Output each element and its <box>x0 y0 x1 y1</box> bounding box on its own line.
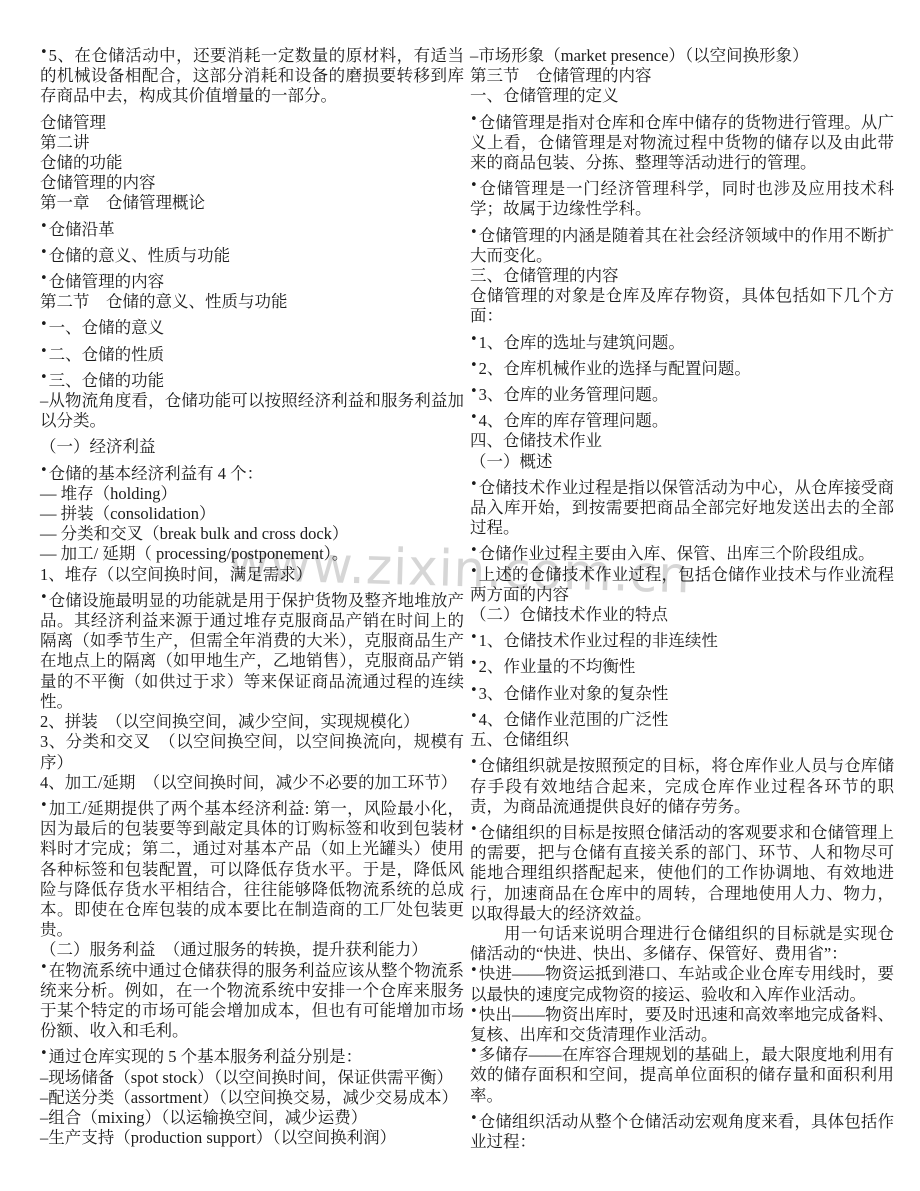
text-line: •通过仓库实现的 5 个基本服务利益分别是： <box>40 1047 464 1067</box>
right-text-column: –市场形象（market presence）（以空间换形象）第三节 仓储管理的内… <box>470 46 894 1152</box>
text-line: 五、仓储组织 <box>470 730 894 750</box>
text-line: •一、仓储的意义 <box>40 318 464 338</box>
document-page: www.zixin.com.cn •5、在仓储活动中，还要消耗一定数量的原材料，… <box>0 0 920 1191</box>
text-line: 仓储管理 <box>40 113 464 133</box>
text-line: 第二讲 <box>40 133 464 153</box>
text-line: •仓储组织的目标是按照仓储活动的客观要求和仓储管理上的需要，把与仓储有直接关系的… <box>470 823 894 924</box>
text-line: 四、仓储技术作业 <box>470 431 894 451</box>
line-text: 仓储技术作业过程是指以保管活动为中心，从仓库接受商品入库开始，到按需要把商品全部… <box>470 478 894 537</box>
text-line: — 拼装（consolidation） <box>40 504 464 524</box>
line-text: 在物流系统中通过仓储获得的服务利益应该从整个物流系统来分析。例如，在一个物流系统… <box>40 961 464 1041</box>
text-line: •仓储管理的内涵是随着其在社会经济领域中的作用不断扩大而变化。 <box>470 226 894 266</box>
line-text: 5、在仓储活动中，还要消耗一定数量的原材料，有适当的机械设备相配合，这部分消耗和… <box>40 46 464 105</box>
text-line: •仓储作业过程主要由入库、保管、出库三个阶段组成。 <box>470 544 894 564</box>
line-text: 仓储设施最明显的功能就是用于保护货物及整齐地堆放产品。其经济利益来源于通过堆存克… <box>40 591 464 711</box>
text-line: •1、仓库的选址与建筑问题。 <box>470 333 894 353</box>
line-text: 仓储的意义、性质与功能 <box>49 246 231 265</box>
text-line: 第二节 仓储的意义、性质与功能 <box>40 292 464 312</box>
text-line: 仓储管理的对象是仓库及库存物资，具体包括如下几个方面： <box>470 286 894 326</box>
text-line: •仓储组织活动从整个仓储活动宏观角度来看，具体包括作业过程： <box>470 1112 894 1152</box>
line-text: 通过仓库实现的 5 个基本服务利益分别是： <box>49 1047 363 1066</box>
text-line: –生产支持（production support）（以空间换利润） <box>40 1128 464 1148</box>
text-line: •2、作业量的不均衡性 <box>470 657 894 677</box>
text-line: •仓储技术作业过程是指以保管活动为中心，从仓库接受商品入库开始，到按需要把商品全… <box>470 478 894 539</box>
text-line: •快进——物资运抵到港口、车站或企业仓库专用线时，要以最快的速度完成物资的接运、… <box>470 964 894 1004</box>
text-line: •多储存——在库容合理规划的基础上，最大限度地利用有效的储存面积和空间，提高单位… <box>470 1045 894 1106</box>
line-text: 仓储管理的内容 <box>49 272 165 291</box>
text-line: （一）概述 <box>470 452 894 472</box>
line-text: 3、仓储作业对象的复杂性 <box>479 684 669 703</box>
text-line: — 分类和交叉（break bulk and cross dock） <box>40 524 464 544</box>
line-text: 二、仓储的性质 <box>49 345 165 364</box>
line-text: 1、仓库的选址与建筑问题。 <box>479 333 685 352</box>
text-line: •仓储设施最明显的功能就是用于保护货物及整齐地堆放产品。其经济利益来源于通过堆存… <box>40 591 464 712</box>
text-line: 2、拼装 （以空间换空间，减少空间，实现规模化） <box>40 712 464 732</box>
text-line: 一、仓储管理的定义 <box>470 86 894 106</box>
text-line: — 堆存（holding） <box>40 484 464 504</box>
text-line: •仓储的意义、性质与功能 <box>40 246 464 266</box>
text-line: 用一句话来说明合理进行仓储组织的目标就是实现仓储活动的“快进、快出、多储存、保管… <box>470 924 894 964</box>
line-text: 仓储组织活动从整个仓储活动宏观角度来看，具体包括作业过程： <box>470 1112 894 1151</box>
text-line: •4、仓库的库存管理问题。 <box>470 411 894 431</box>
text-line: 第三节 仓储管理的内容 <box>470 66 894 86</box>
line-text: 三、仓储的功能 <box>49 371 165 390</box>
line-text: 仓储组织就是按照预定的目标，将仓库作业人员与仓库储存手段有效地结合起来，完成仓库… <box>470 756 894 815</box>
text-line: •二、仓储的性质 <box>40 345 464 365</box>
text-line: •2、仓库机械作业的选择与配置问题。 <box>470 359 894 379</box>
line-text: 仓储管理是一门经济管理科学，同时也涉及应用技术科学；故属于边缘性学科。 <box>470 179 894 218</box>
text-line: 第一章 仓储管理概论 <box>40 193 464 213</box>
text-line: — 加工/ 延期（ processing/postponement）。 <box>40 544 464 564</box>
text-line: •4、仓储作业范围的广泛性 <box>470 710 894 730</box>
left-text-column: •5、在仓储活动中，还要消耗一定数量的原材料，有适当的机械设备相配合，这部分消耗… <box>40 46 464 1148</box>
text-line: •加工/延期提供了两个基本经济利益: 第一，风险最小化，因为最后的包装要等到敲定… <box>40 799 464 940</box>
text-line: （二）服务利益 （通过服务的转换，提升获利能力） <box>40 940 464 960</box>
line-text: 快进——物资运抵到港口、车站或企业仓库专用线时，要以最快的速度完成物资的接运、验… <box>470 964 894 1003</box>
text-line: 3、分类和交叉 （以空间换空间，以空间换流向，规模有序） <box>40 732 464 772</box>
text-line: –现场储备（spot stock）（以空间换时间，保证供需平衡） <box>40 1068 464 1088</box>
line-text: 1、仓储技术作业过程的非连续性 <box>479 631 718 650</box>
text-line: •上述的仓储技术作业过程，包括仓储作业技术与作业流程两方面的内容 <box>470 565 894 605</box>
text-line: •5、在仓储活动中，还要消耗一定数量的原材料，有适当的机械设备相配合，这部分消耗… <box>40 46 464 107</box>
text-line: 1、堆存（以空间换时间，满足需求） <box>40 565 464 585</box>
text-line: 4、加工/延期 （以空间换时间，减少不必要的加工环节） <box>40 773 464 793</box>
line-text: 仓储管理是指对仓库和仓库中储存的货物进行管理。从广义上看，仓储管理是对物流过程中… <box>470 113 894 172</box>
text-line: •1、仓储技术作业过程的非连续性 <box>470 631 894 651</box>
text-line: •仓储沿革 <box>40 220 464 240</box>
line-text: 2、作业量的不均衡性 <box>479 657 636 676</box>
line-text: 2、仓库机械作业的选择与配置问题。 <box>479 359 751 378</box>
line-text: 快出——物资出库时，要及时迅速和高效率地完成备料、复核、出库和交货清理作业活动。 <box>470 1005 894 1044</box>
line-text: 仓储的基本经济利益有 4 个： <box>49 464 264 483</box>
line-text: 加工/延期提供了两个基本经济利益: 第一，风险最小化，因为最后的包装要等到敲定具… <box>40 799 464 939</box>
text-line: –组合（mixing）（以运输换空间，减少运费） <box>40 1108 464 1128</box>
text-line: –配送分类（assortment）（以空间换交易，减少交易成本） <box>40 1088 464 1108</box>
line-text: 仓储组织的目标是按照仓储活动的客观要求和仓储管理上的需要，把与仓储有直接关系的部… <box>470 823 894 923</box>
text-line: 三、仓储管理的内容 <box>470 266 894 286</box>
line-text: 一、仓储的意义 <box>49 318 165 337</box>
text-line: 仓储的功能 <box>40 153 464 173</box>
line-text: 上述的仓储技术作业过程，包括仓储作业技术与作业流程两方面的内容 <box>470 565 894 604</box>
text-line: •仓储管理是一门经济管理科学，同时也涉及应用技术科学；故属于边缘性学科。 <box>470 179 894 219</box>
text-line: •快出——物资出库时，要及时迅速和高效率地完成备料、复核、出库和交货清理作业活动… <box>470 1005 894 1045</box>
text-line: （二）仓储技术作业的特点 <box>470 605 894 625</box>
line-text: 4、仓储作业范围的广泛性 <box>479 710 669 729</box>
line-text: 3、仓库的业务管理问题。 <box>479 385 669 404</box>
line-text: 多储存——在库容合理规划的基础上，最大限度地利用有效的储存面积和空间，提高单位面… <box>470 1045 894 1104</box>
line-text: 4、仓库的库存管理问题。 <box>479 411 669 430</box>
text-line: •仓储管理的内容 <box>40 272 464 292</box>
text-line: （一）经济利益 <box>40 437 464 457</box>
text-line: •3、仓库的业务管理问题。 <box>470 385 894 405</box>
text-line: •仓储管理是指对仓库和仓库中储存的货物进行管理。从广义上看，仓储管理是对物流过程… <box>470 113 894 174</box>
line-text: 仓储管理的内涵是随着其在社会经济领域中的作用不断扩大而变化。 <box>470 226 894 265</box>
text-line: •在物流系统中通过仓储获得的服务利益应该从整个物流系统来分析。例如，在一个物流系… <box>40 961 464 1042</box>
text-line: –从物流角度看，仓储功能可以按照经济利益和服务利益加以分类。 <box>40 391 464 431</box>
text-line: 仓储管理的内容 <box>40 173 464 193</box>
text-line: •仓储组织就是按照预定的目标，将仓库作业人员与仓库储存手段有效地结合起来，完成仓… <box>470 756 894 817</box>
text-line: –市场形象（market presence）（以空间换形象） <box>470 46 894 66</box>
text-line: •三、仓储的功能 <box>40 371 464 391</box>
text-line: •仓储的基本经济利益有 4 个： <box>40 464 464 484</box>
text-line: •3、仓储作业对象的复杂性 <box>470 684 894 704</box>
line-text: 仓储沿革 <box>49 220 115 239</box>
line-text: 仓储作业过程主要由入库、保管、出库三个阶段组成。 <box>479 544 875 563</box>
